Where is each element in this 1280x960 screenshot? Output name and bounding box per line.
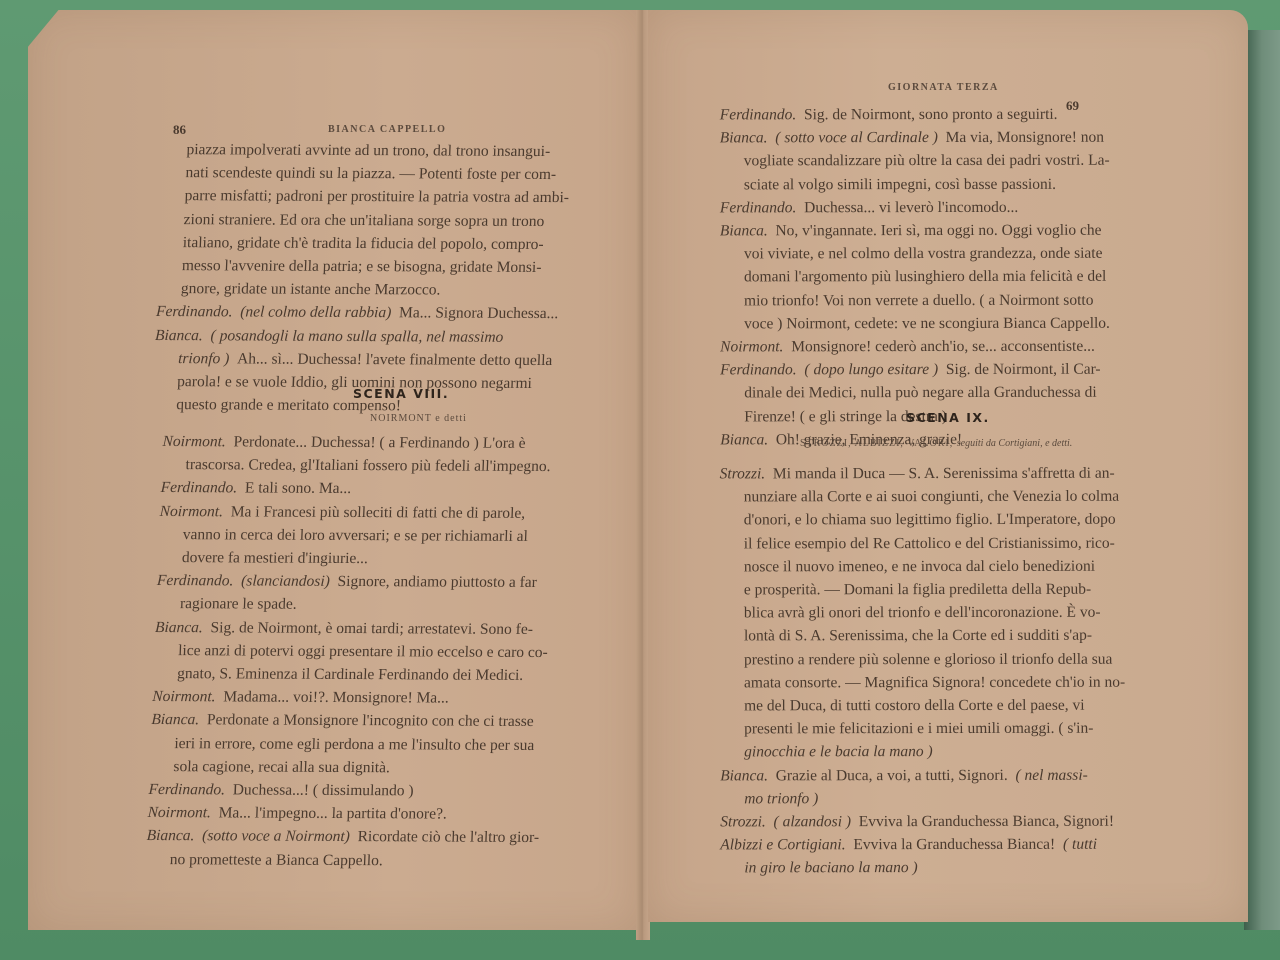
text-line: Ferdinando. ( dopo lungo esitare ) Sig. …	[720, 358, 1180, 382]
dialogue-text: dovere fa mestieri d'ingiurie...	[182, 549, 369, 567]
right-running-head: GIORNATA TERZA	[888, 82, 999, 93]
text-line: no prometteste a Bianca Cappello.	[145, 848, 596, 874]
dialogue-text: Perdonate a Monsignore l'incognito con c…	[207, 712, 535, 731]
stage-direction: ( sotto voce al Cardinale )	[775, 129, 938, 146]
text-line: lontà di S. A. Serenissima, che la Corte…	[720, 624, 1190, 648]
speaker-name: Ferdinando.	[720, 106, 797, 123]
dialogue-text: amata consorte. — Magnifica Signora! con…	[744, 674, 1125, 692]
dialogue-text: trascorsa. Credea, gl'Italiani fossero p…	[185, 456, 551, 475]
text-line: nunziare alla Corte e ai suoi congiunti,…	[720, 485, 1190, 509]
dialogue-text: piazza impolverati avvinte ad un trono, …	[186, 141, 550, 160]
stage-direction: (nel colmo della rabbia)	[240, 304, 392, 322]
text-line: blica avrà gli onori del trionfo e dell'…	[720, 601, 1190, 625]
dialogue-text: Signore, andiamo piuttosto a far	[337, 573, 537, 591]
dialogue-text: italiano, gridate ch'è tradita la fiduci…	[182, 234, 544, 253]
left-running-head: BIANCA CAPPELLO	[328, 124, 446, 135]
right-page-dialogue-bottom: Strozzi. Mi manda il Duca — S. A. Sereni…	[720, 462, 1191, 880]
stage-direction: (sotto voce a Noirmont)	[202, 828, 350, 846]
dialogue-text: voi viviate, e nel colmo della vostra gr…	[744, 245, 1103, 263]
text-line: sciate al volgo simili impegni, così bas…	[720, 172, 1180, 196]
dialogue-text: lontà di S. A. Serenissima, che la Corte…	[744, 627, 1092, 645]
stage-direction: (slanciandosi)	[241, 573, 330, 590]
text-line: e prosperità. — Domani la figlia predile…	[720, 578, 1190, 602]
speaker-name: Noirmont.	[720, 338, 783, 355]
speaker-name: Ferdinando.	[720, 199, 797, 216]
left-page-number: 86	[173, 122, 186, 138]
scene-characters-ix: STROZZI, ALBIZZI, VALORI, seguiti da Cor…	[800, 438, 1072, 449]
dialogue-text: Duchessa...! ( dissimulando )	[232, 781, 413, 799]
stage-direction: ginocchia e le bacia la mano )	[744, 743, 933, 760]
text-line: Ferdinando. (slanciandosi) Signore, andi…	[156, 569, 607, 595]
speaker-name: Noirmont.	[159, 503, 223, 520]
text-line: Noirmont. Madama... voi!?. Monsignore! M…	[152, 685, 603, 711]
text-line: Strozzi. ( alzandosi ) Evviva la Granduc…	[720, 810, 1190, 834]
left-page-dialogue-top: piazza impolverati avvinte ad un trono, …	[152, 138, 603, 419]
text-line: italiano, gridate ch'è tradita la fiduci…	[158, 231, 599, 257]
left-page: 86 BIANCA CAPPELLO piazza impolverati av…	[28, 10, 638, 930]
dialogue-text: il felice esempio del Re Cattolico e del…	[744, 534, 1115, 552]
dialogue-text: lice anzi di potervi oggi presentare il …	[178, 642, 548, 661]
speaker-name: Strozzi.	[720, 465, 766, 482]
dialogue-text: gnore, gridate un istante anche Marzocco…	[181, 280, 441, 298]
text-line: Albizzi e Cortigiani. Evviva la Granduch…	[720, 833, 1190, 857]
right-page-dialogue-top: Ferdinando. Sig. de Noirmont, sono pront…	[720, 103, 1181, 452]
text-line: Bianca. No, v'ingannate. Ieri sì, ma ogg…	[720, 219, 1180, 243]
stage-direction: ( nel massi-	[1015, 766, 1087, 783]
text-line: in giro le baciano la mano )	[720, 856, 1190, 880]
text-line: lice anzi di potervi oggi presentare il …	[154, 639, 605, 665]
speaker-name: Bianca.	[151, 711, 199, 728]
text-line: Bianca. (sotto voce a Noirmont) Ricordat…	[146, 824, 597, 850]
dialogue-text: Monsignore! cederò anch'io, se... accons…	[791, 338, 1095, 356]
text-line: nati scendeste quindi su la piazza. — Po…	[161, 161, 602, 187]
dialogue-text: prestino a rendere più solenne e glorios…	[744, 650, 1112, 668]
text-line: Noirmont. Monsignore! cederò anch'io, se…	[720, 335, 1180, 359]
text-line: Noirmont. Ma... l'impegno... la partita …	[147, 801, 598, 827]
speaker-name: Noirmont.	[152, 688, 216, 705]
stage-direction: ( tutti	[1063, 836, 1097, 853]
text-line: Ferdinando. Duchessa...! ( dissimulando …	[148, 778, 599, 804]
stage-direction: ( dopo lungo esitare )	[804, 361, 938, 378]
text-line: trascorsa. Credea, gl'Italiani fossero p…	[161, 453, 612, 479]
text-line: Noirmont. Perdonate... Duchessa! ( a Fer…	[162, 430, 613, 456]
speaker-name: Bianca.	[720, 431, 768, 448]
text-line: gnato, S. Eminenza il Cardinale Ferdinan…	[153, 662, 604, 688]
speaker-name: Bianca.	[146, 827, 194, 844]
dialogue-text: Ricordate ciò che l'altro gior-	[357, 829, 539, 847]
text-line: Ferdinando. E tali sono. Ma...	[160, 476, 611, 502]
dialogue-text: E tali sono. Ma...	[245, 480, 352, 498]
text-line: Bianca. Perdonate a Monsignore l'incogni…	[151, 708, 602, 734]
dialogue-text: Sig. de Noirmont, sono pronto a seguirti…	[804, 106, 1058, 123]
right-page: GIORNATA TERZA 69 Ferdinando. Sig. de No…	[648, 10, 1248, 922]
speaker-name: Bianca.	[720, 130, 768, 147]
speaker-name: Bianca.	[720, 222, 768, 239]
text-line: il felice esempio del Re Cattolico e del…	[720, 531, 1190, 555]
dialogue-text: Madama... voi!?. Monsignore! Ma...	[223, 689, 449, 707]
dialogue-text: Ma via, Monsignore! non	[946, 129, 1104, 146]
dialogue-text: blica avrà gli onori del trionfo e dell'…	[744, 604, 1101, 622]
speaker-name: Bianca.	[155, 619, 203, 636]
text-line: messo l'avvenire della patria; e se biso…	[157, 254, 598, 280]
text-line: prestino a rendere più solenne e glorios…	[720, 647, 1190, 671]
text-line: vanno in cerca dei loro avversari; e se …	[158, 523, 609, 549]
text-line: gnore, gridate un istante anche Marzocco…	[156, 277, 597, 303]
speaker-name: Albizzi e Cortigiani.	[720, 836, 845, 853]
dialogue-text: parre misfatti; padroni per prostituire …	[184, 188, 569, 207]
speaker-name: Ferdinando.	[720, 362, 797, 379]
scene-characters-ix-names: STROZZI, ALBIZZI, VALORI,	[800, 438, 953, 449]
text-line: vogliate scandalizzare più oltre la casa…	[720, 149, 1180, 173]
dialogue-text: presenti le mie felicitazioni e i miei u…	[744, 720, 1093, 738]
speaker-name: Ferdinando.	[160, 479, 237, 496]
text-line: Bianca. Sig. de Noirmont, è omai tardi; …	[155, 616, 606, 642]
speaker-name: Ferdinando.	[156, 303, 233, 320]
text-line: parre misfatti; padroni per prostituire …	[160, 184, 601, 210]
speaker-name: Noirmont.	[147, 804, 211, 821]
dialogue-text: Ah... sì... Duchessa! l'avete finalmente…	[237, 350, 553, 369]
dialogue-text: domani l'argomento più lusinghiero della…	[744, 268, 1106, 286]
text-line: domani l'argomento più lusinghiero della…	[720, 265, 1180, 289]
stage-direction: ( alzandosi )	[774, 813, 852, 830]
text-line: piazza impolverati avvinte ad un trono, …	[162, 138, 603, 164]
dialogue-text: dinale dei Medici, nulla può negare alla…	[744, 384, 1097, 402]
dialogue-text: voce ) Noirmont, cedete: ve ne scongiura…	[744, 315, 1110, 333]
dialogue-text: nunziare alla Corte e ai suoi congiunti,…	[744, 488, 1119, 506]
dialogue-text: me del Duca, di tutti costoro della Cort…	[744, 697, 1084, 715]
text-line: me del Duca, di tutti costoro della Cort…	[720, 694, 1190, 718]
dialogue-text: zioni straniere. Ed ora che un'italiana …	[183, 211, 544, 230]
dialogue-text: Duchessa... vi leverò l'incomodo...	[804, 199, 1018, 216]
speaker-name: Ferdinando.	[148, 781, 225, 798]
text-line: ieri in errore, come egli perdona a me l…	[150, 732, 601, 758]
scene-title-viii: SCENA VIII.	[353, 386, 449, 401]
dialogue-text: vogliate scandalizzare più oltre la casa…	[744, 152, 1110, 170]
text-line: Ferdinando. (nel colmo della rabbia) Ma.…	[156, 300, 597, 326]
text-line: sola cagione, recai alla sua dignità.	[149, 755, 600, 781]
dialogue-text: Mi manda il Duca — S. A. Serenissima s'a…	[773, 465, 1115, 483]
dialogue-text: vanno in cerca dei loro avversari; e se …	[182, 526, 528, 545]
text-line: Ferdinando. Duchessa... vi leverò l'inco…	[720, 195, 1180, 219]
scene-title-ix: SCENA IX.	[906, 410, 990, 425]
dialogue-text: gnato, S. Eminenza il Cardinale Ferdinan…	[177, 665, 524, 684]
text-line: Bianca. ( posandogli la mano sulla spall…	[155, 324, 596, 350]
dialogue-text: ragionare le spade.	[180, 596, 297, 614]
text-line: Ferdinando. Sig. de Noirmont, sono pront…	[720, 103, 1180, 127]
dialogue-text: e prosperità. — Domani la figlia predile…	[744, 581, 1091, 599]
text-line: Strozzi. Mi manda il Duca — S. A. Sereni…	[720, 462, 1190, 486]
text-line: d'onori, e lo chiama suo legittimo figli…	[720, 508, 1190, 532]
stage-direction: mo trionfo )	[744, 790, 818, 807]
text-line: trionfo ) Ah... sì... Duchessa! l'avete …	[154, 347, 595, 373]
stage-direction: ( posandogli la mano sulla spalla, nel m…	[210, 327, 503, 346]
dialogue-text: nosce il nuovo imeneo, e ne invoca dal c…	[744, 558, 1095, 576]
speaker-name: Bianca.	[155, 327, 203, 344]
text-line: presenti le mie felicitazioni e i miei u…	[720, 717, 1190, 741]
dialogue-text: Ma... l'impegno... la partita d'onore?.	[218, 805, 447, 823]
left-page-dialogue-bottom: Noirmont. Perdonate... Duchessa! ( a Fer…	[145, 430, 613, 873]
speaker-name: Ferdinando.	[157, 572, 234, 589]
text-line: amata consorte. — Magnifica Signora! con…	[720, 670, 1190, 694]
dialogue-text: d'onori, e lo chiama suo legittimo figli…	[744, 511, 1116, 529]
dialogue-text: ieri in errore, come egli perdona a me l…	[174, 735, 535, 754]
text-line: ginocchia e le bacia la mano )	[720, 740, 1190, 764]
text-line: mio trionfo! Voi non verrete a duello. (…	[720, 288, 1180, 312]
text-line: Bianca. ( sotto voce al Cardinale ) Ma v…	[720, 126, 1180, 150]
scene-characters-ix-italic: seguiti da Cortigiani, e detti.	[957, 438, 1073, 449]
text-line: dovere fa mestieri d'ingiurie...	[157, 546, 608, 572]
dialogue-text: Ma i Francesi più solleciti di fatti che…	[230, 503, 525, 522]
speaker-name: Strozzi.	[720, 813, 766, 830]
speaker-name: Noirmont.	[162, 433, 226, 450]
dialogue-text: messo l'avvenire della patria; e se biso…	[182, 257, 542, 276]
text-line: dinale dei Medici, nulla può negare alla…	[720, 381, 1180, 405]
text-line: ragionare le spade.	[156, 592, 607, 618]
dialogue-text: sola cagione, recai alla sua dignità.	[173, 758, 390, 776]
dialogue-text: No, v'ingannate. Ieri sì, ma oggi no. Og…	[775, 222, 1101, 240]
dialogue-text: Ma... Signora Duchessa...	[399, 305, 559, 323]
text-line: Bianca. Grazie al Duca, a voi, a tutti, …	[720, 763, 1190, 787]
text-line: mo trionfo )	[720, 786, 1190, 810]
book-cover-edge	[1244, 30, 1280, 930]
stage-direction: trionfo )	[178, 350, 230, 367]
text-line: nosce il nuovo imeneo, e ne invoca dal c…	[720, 554, 1190, 578]
speaker-name: Bianca.	[720, 767, 768, 784]
dialogue-text: Evviva la Granduchessa Bianca, Signori!	[859, 813, 1114, 830]
dialogue-text: Sig. de Noirmont, il Car-	[946, 361, 1101, 378]
text-line: zioni straniere. Ed ora che un'italiana …	[159, 208, 600, 234]
dialogue-text: Grazie al Duca, a voi, a tutti, Signori.	[776, 767, 1008, 784]
text-line: Noirmont. Ma i Francesi più solleciti di…	[159, 500, 610, 526]
dialogue-text: Evviva la Granduchessa Bianca!	[853, 836, 1055, 853]
dialogue-text: sciate al volgo simili impegni, così bas…	[744, 175, 1056, 193]
stage-direction: in giro le baciano la mano )	[744, 860, 917, 877]
scene-characters-viii: NOIRMONT e detti	[370, 413, 467, 424]
dialogue-text: Perdonate... Duchessa! ( a Ferdinando ) …	[233, 433, 526, 452]
dialogue-text: no prometteste a Bianca Cappello.	[169, 851, 383, 869]
text-line: voi viviate, e nel colmo della vostra gr…	[720, 242, 1180, 266]
dialogue-text: mio trionfo! Voi non verrete a duello. (…	[744, 291, 1093, 309]
dialogue-text: nati scendeste quindi su la piazza. — Po…	[185, 164, 556, 183]
dialogue-text: Sig. de Noirmont, è omai tardi; arrestat…	[210, 619, 533, 638]
text-line: voce ) Noirmont, cedete: ve ne scongiura…	[720, 311, 1180, 335]
